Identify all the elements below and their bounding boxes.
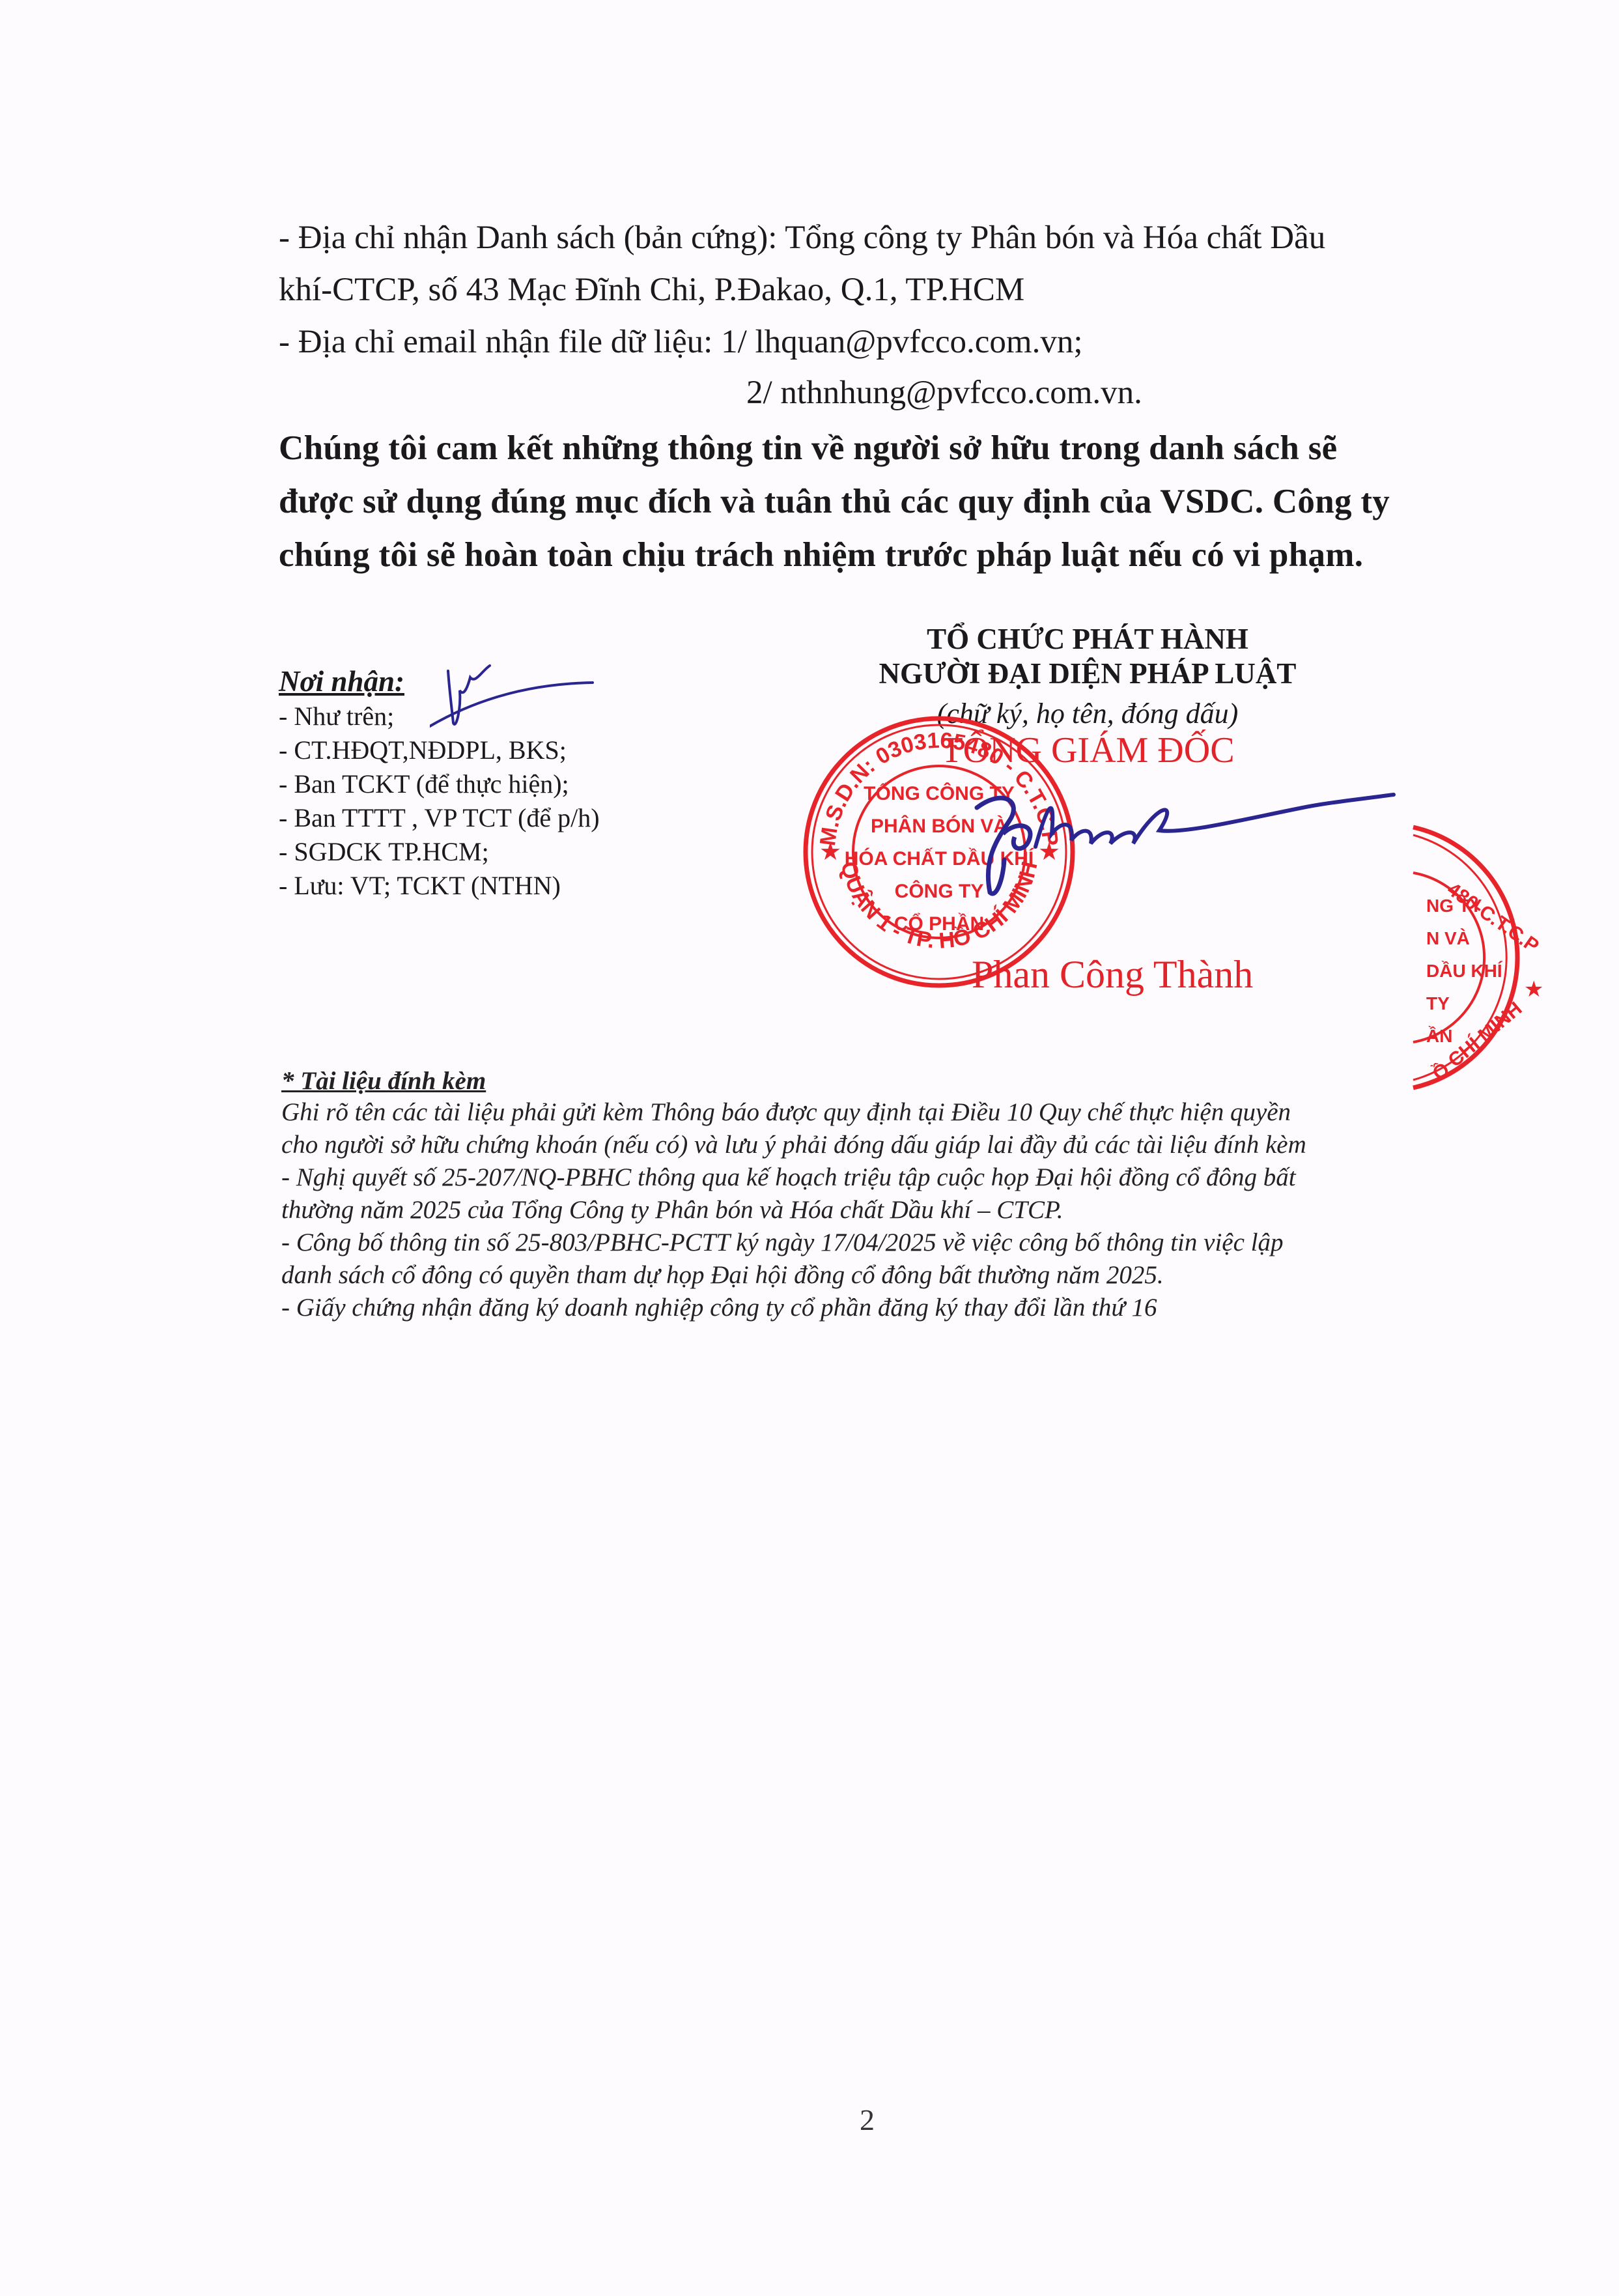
legal-rep-heading: NGƯỜI ĐẠI DIỆN PHÁP LUẬT xyxy=(840,657,1335,690)
initial-signature-icon xyxy=(430,651,599,736)
svg-text:ẦN: ẦN xyxy=(1426,1026,1452,1046)
recipient-item: - Lưu: VT; TCKT (NTHN) xyxy=(279,869,600,903)
recipient-item: - CT.HĐQT,NĐDPL, BKS; xyxy=(279,733,600,767)
svg-text:★: ★ xyxy=(819,838,841,866)
attachments-intro: Ghi rõ tên các tài liệu phải gửi kèm Thô… xyxy=(281,1099,1291,1125)
svg-text:N VÀ: N VÀ xyxy=(1426,928,1470,948)
svg-text:DẦU KHÍ: DẦU KHÍ xyxy=(1426,961,1503,981)
recipient-item: - Ban TTTT , VP TCT (để p/h) xyxy=(279,801,600,835)
director-signature-icon xyxy=(964,762,1407,912)
address-line: khí-CTCP, số 43 Mạc Đĩnh Chi, P.Đakao, Q… xyxy=(279,274,1024,307)
attachment-item: thường năm 2025 của Tổng Công ty Phân bó… xyxy=(281,1197,1063,1223)
svg-text:★: ★ xyxy=(1524,977,1543,1002)
svg-text:TY: TY xyxy=(1426,993,1450,1013)
attachments-intro: cho người sở hữu chứng khoán (nếu có) và… xyxy=(281,1132,1306,1157)
attachment-item: danh sách cổ đông có quyền tham dự họp Đ… xyxy=(281,1262,1164,1288)
svg-text:CỔ PHẦN: CỔ PHẦN xyxy=(894,913,984,935)
signer-name: Phan Công Thành xyxy=(972,952,1253,997)
attachment-item: - Giấy chứng nhận đăng ký doanh nghiệp c… xyxy=(281,1295,1157,1320)
edge-stamp-icon: 480-C.T.C.P ★ NG TY N VÀ DẦU KHÍ TY ẦN Ồ… xyxy=(1400,821,1570,1094)
email-line: - Địa chỉ email nhận file dữ liệu: 1/ lh… xyxy=(279,326,1083,359)
attachment-item: - Công bố thông tin số 25-803/PBHC-PCTT … xyxy=(281,1230,1283,1255)
svg-text:NG TY: NG TY xyxy=(1426,896,1482,916)
commitment-line: Chúng tôi cam kết những thông tin về ngư… xyxy=(279,429,1338,468)
recipient-item: - Ban TCKT (để thực hiện); xyxy=(279,767,600,801)
commitment-line: chúng tôi sẽ hoàn toàn chịu trách nhiệm … xyxy=(279,535,1363,574)
commitment-line: được sử dụng đúng mục đích và tuân thủ c… xyxy=(279,482,1390,521)
attachments-title: * Tài liệu đính kèm xyxy=(281,1068,486,1094)
issuer-heading: TỔ CHỨC PHÁT HÀNH xyxy=(840,622,1335,656)
attachment-item: - Nghị quyết số 25-207/NQ-PBHC thông qua… xyxy=(281,1165,1296,1190)
page-number: 2 xyxy=(860,2103,875,2137)
email-line: 2/ nthnhung@pvfcco.com.vn. xyxy=(746,376,1142,410)
recipient-item: - SGDCK TP.HCM; xyxy=(279,835,600,869)
address-line: - Địa chỉ nhận Danh sách (bản cứng): Tổn… xyxy=(279,221,1325,255)
